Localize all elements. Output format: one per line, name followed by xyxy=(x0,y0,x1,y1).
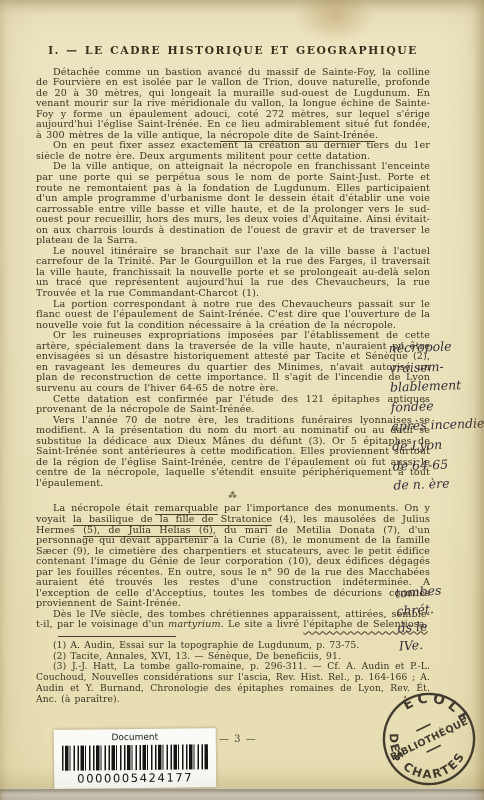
paragraph-5: La portion correspondant à notre rue des… xyxy=(36,300,430,332)
paragraph-9: La nécropole était remarquable par l'imp… xyxy=(36,504,430,609)
stamp-decorative-line xyxy=(416,724,430,731)
printed-text-block: I. — LE CADRE HISTORIQUE ET GEOGRAPHIQUE… xyxy=(36,46,430,705)
paragraph-10: Dès le IVe siècle, des tombes chrétienne… xyxy=(36,610,430,631)
scan-background-strip xyxy=(0,789,484,800)
paragraph-2: On en peut fixer assez exactement la cré… xyxy=(36,141,430,162)
footnote-divider xyxy=(58,636,176,637)
paragraph-text: . xyxy=(375,130,378,141)
handwritten-line: IVe. xyxy=(398,634,445,655)
barcode-title: Document xyxy=(59,732,211,744)
footnote-3: (3) J.-J. Hatt, La tombe gallo-romaine, … xyxy=(36,662,430,705)
page-title: I. — LE CADRE HISTORIQUE ET GEOGRAPHIQUE xyxy=(36,46,430,57)
paragraph-7: Cette datation est confirmée par l'étude… xyxy=(36,395,430,416)
handwritten-margin-note-tombes: tombes chrét. ds le IVe. xyxy=(395,581,446,654)
handwritten-line: tombes xyxy=(395,581,442,602)
paragraph-4: Le nouvel itinéraire se branchait sur l'… xyxy=(36,247,430,300)
barcode-label: Document 0000005424177 xyxy=(54,728,217,789)
paragraph-text: . Le site a livré xyxy=(221,619,304,630)
barcode-icon xyxy=(62,744,208,771)
page-number: — 3 — xyxy=(219,734,257,745)
barcode-number: 0000005424177 xyxy=(59,770,211,786)
italic-term: martyrium xyxy=(168,619,221,630)
paper-stain xyxy=(296,0,374,42)
handwritten-line: de n. ère xyxy=(393,472,484,495)
paragraph-8: Vers l'année 70 de notre ère, les tradit… xyxy=(36,416,430,490)
handwritten-margin-note-datation: nécropole vraisem- blablement fondée apr… xyxy=(388,335,484,495)
section-separator: ⁂ xyxy=(36,492,430,501)
paragraph-6: Or les ruineuses expropriations imposées… xyxy=(36,331,430,394)
scanned-page: I. — LE CADRE HISTORIQUE ET GEOGRAPHIQUE… xyxy=(0,0,484,800)
paragraph-3: De la ville antique, on atteignait la né… xyxy=(36,162,430,246)
paragraph-text: , du mari de Metilia Donata (7), d'un pe… xyxy=(36,525,430,610)
paragraph-1: Détachée comme un bastion avancé du mass… xyxy=(36,68,430,142)
paragraph-text: La nécropole était xyxy=(53,503,155,514)
stamp-decorative-line xyxy=(427,745,441,752)
handwritten-line: après incendie xyxy=(391,414,484,437)
